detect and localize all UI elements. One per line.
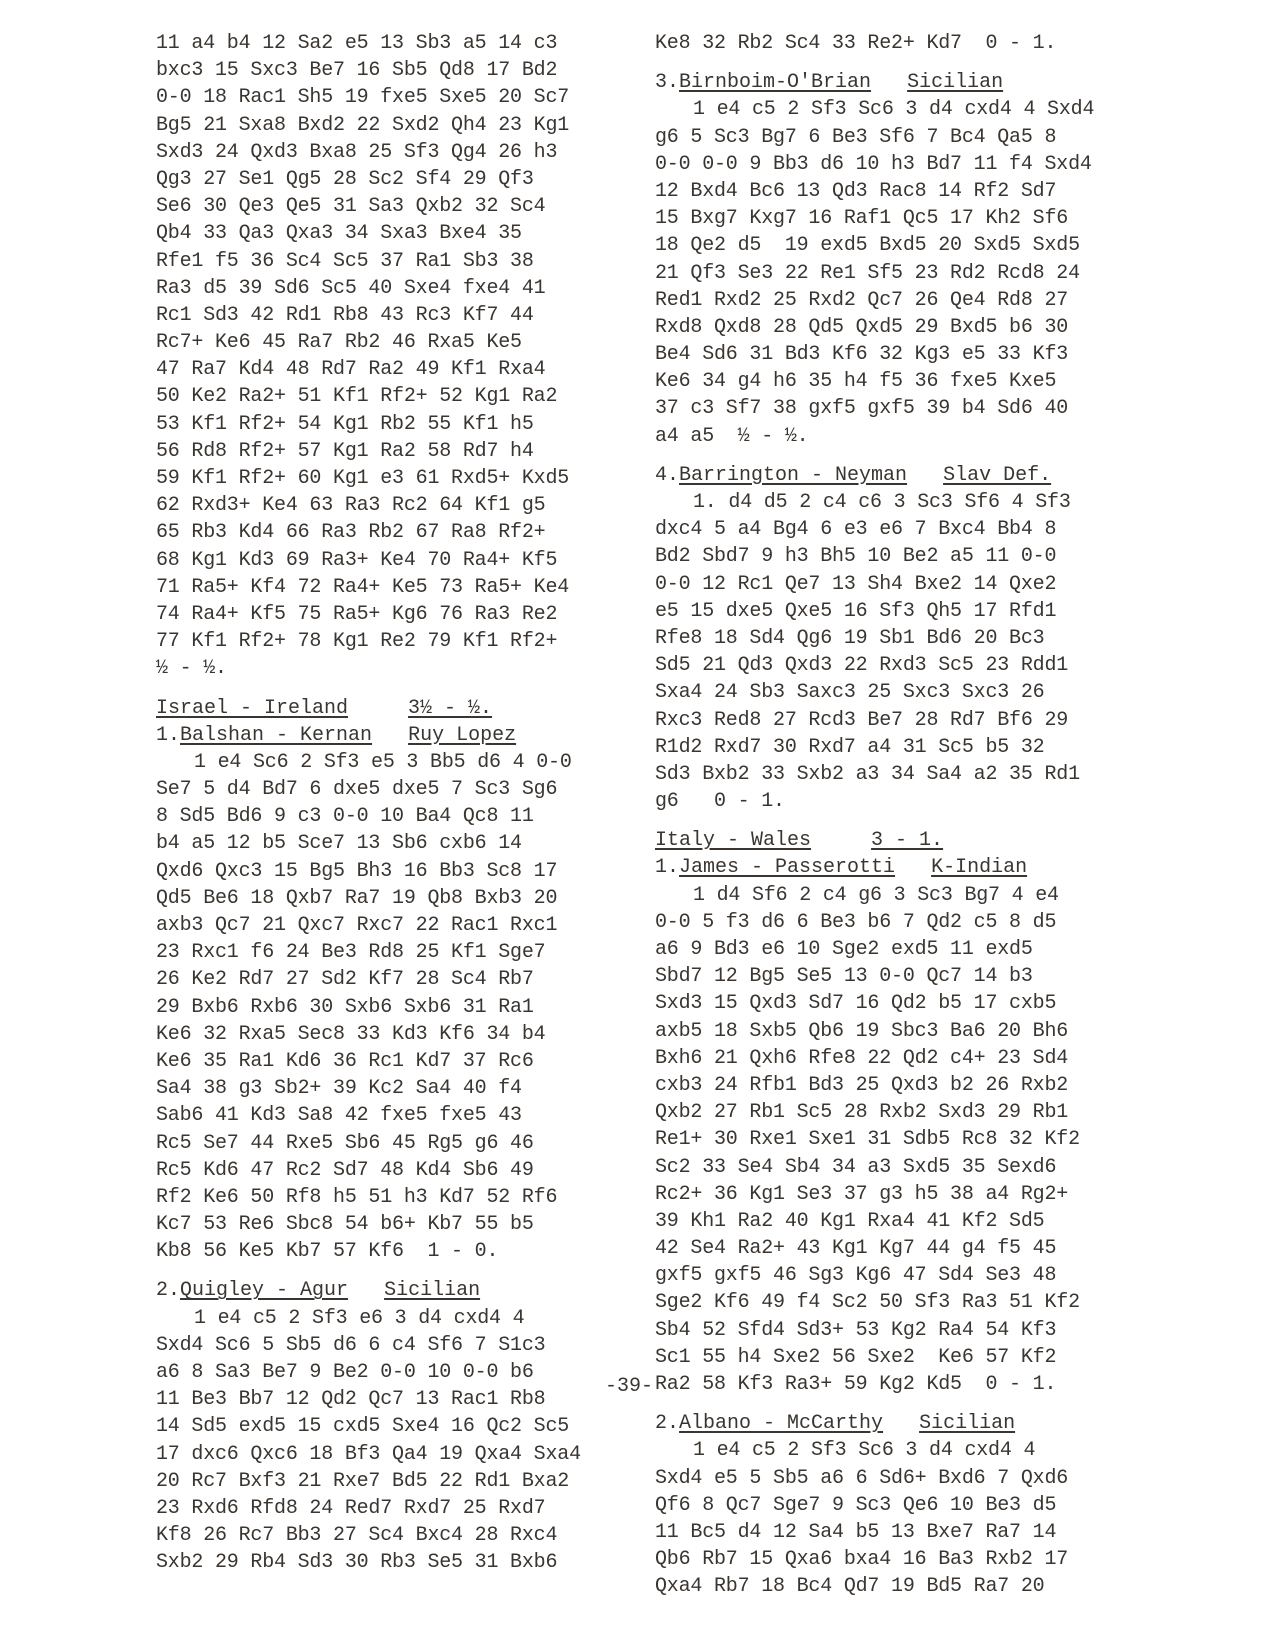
move-line: axb5 18 Sxb5 Qb6 19 Sbc3 Ba6 20 Bh6	[655, 1018, 1130, 1045]
move-line: g6 0 - 1.	[655, 788, 1130, 815]
move-line: cxb3 24 Rfb1 Bd3 25 Qxd3 b2 26 Rxb2	[655, 1072, 1130, 1099]
spacer	[655, 1398, 1130, 1410]
move-line: a4 a5 ½ - ½.	[655, 423, 1130, 450]
move-line: axb3 Qc7 21 Qxc7 Rxc7 22 Rac1 Rxc1	[156, 912, 626, 939]
move-line: Se6 30 Qe3 Qe5 31 Sa3 Qxb2 32 Sc4	[156, 193, 626, 220]
move-line: R1d2 Rxd7 30 Rxd7 a4 31 Sc5 b5 32	[655, 734, 1130, 761]
move-line: b4 a5 12 b5 Sce7 13 Sb6 cxb6 14	[156, 830, 626, 857]
move-line: 12 Bxd4 Bc6 13 Qd3 Rac8 14 Rf2 Sd7	[655, 178, 1130, 205]
move-line: Ke8 32 Rb2 Sc4 33 Re2+ Kd7 0 - 1.	[655, 30, 1130, 57]
game: 1.Balshan - Kernan Ruy Lopez1 e4 Sc6 2 S…	[156, 722, 626, 1266]
move-line: 53 Kf1 Rf2+ 54 Kg1 Rb2 55 Kf1 h5	[156, 411, 626, 438]
game-players: James - Passerotti	[679, 856, 895, 879]
spacer	[655, 57, 1130, 69]
move-line: Qxa4 Rb7 18 Bc4 Qd7 19 Bd5 Ra7 20	[655, 1573, 1130, 1600]
move-line: 0-0 12 Rc1 Qe7 13 Sh4 Bxe2 14 Qxe2	[655, 571, 1130, 598]
move-line: Bd2 Sbd7 9 h3 Bh5 10 Be2 a5 11 0-0	[655, 543, 1130, 570]
move-line: 20 Rc7 Bxf3 21 Rxe7 Bd5 22 Rd1 Bxa2	[156, 1468, 626, 1495]
move-line: Sab6 41 Kd3 Sa8 42 fxe5 fxe5 43	[156, 1102, 626, 1129]
game-number: 1.	[156, 724, 180, 747]
match-score: 3½ - ½.	[408, 697, 492, 720]
move-line: Kf8 26 Rc7 Bb3 27 Sc4 Bxc4 28 Rxc4	[156, 1522, 626, 1549]
move-line: Kb8 56 Ke5 Kb7 57 Kf6 1 - 0.	[156, 1238, 626, 1265]
move-line: Sd3 Bxb2 33 Sxb2 a3 34 Sa4 a2 35 Rd1	[655, 761, 1130, 788]
move-line: 23 Rxd6 Rfd8 24 Red7 Rxd7 25 Rxd7	[156, 1495, 626, 1522]
move-line: 62 Rxd3+ Ke4 63 Ra3 Rc2 64 Kf1 g5	[156, 492, 626, 519]
game-players: Albano - McCarthy	[679, 1412, 883, 1435]
move-line: 1 e4 c5 2 Sf3 e6 3 d4 cxd4 4	[156, 1305, 626, 1332]
move-line: Qg3 27 Se1 Qg5 28 Sc2 Sf4 29 Qf3	[156, 166, 626, 193]
move-line: e5 15 dxe5 Qxe5 16 Sf3 Qh5 17 Rfd1	[655, 598, 1130, 625]
move-line: Red1 Rxd2 25 Rxd2 Qc7 26 Qe4 Rd8 27	[655, 287, 1130, 314]
move-line: 77 Kf1 Rf2+ 78 Kg1 Re2 79 Kf1 Rf2+	[156, 628, 626, 655]
move-line: 11 a4 b4 12 Sa2 e5 13 Sb3 a5 14 c3	[156, 30, 626, 57]
move-line: Rc7+ Ke6 45 Ra7 Rb2 46 Rxa5 Ke5	[156, 329, 626, 356]
move-line: Qxb2 27 Rb1 Sc5 28 Rxb2 Sxd3 29 Rb1	[655, 1099, 1130, 1126]
game-heading: 1.James - Passerotti K-Indian	[655, 854, 1130, 881]
move-line: Rc5 Kd6 47 Rc2 Sd7 48 Kd4 Sb6 49	[156, 1157, 626, 1184]
move-line: Sxd3 24 Qxd3 Bxa8 25 Sf3 Qg4 26 h3	[156, 139, 626, 166]
move-line: 21 Qf3 Se3 22 Re1 Sf5 23 Rd2 Rcd8 24	[655, 260, 1130, 287]
move-line: Rc1 Sd3 42 Rd1 Rb8 43 Rc3 Kf7 44	[156, 302, 626, 329]
game-number: 3.	[655, 71, 679, 94]
move-line: a6 9 Bd3 e6 10 Sge2 exd5 11 exd5	[655, 936, 1130, 963]
game-players: Quigley - Agur	[180, 1279, 348, 1302]
move-line: 42 Se4 Ra2+ 43 Kg1 Kg7 44 g4 f5 45	[655, 1235, 1130, 1262]
move-line: 39 Kh1 Ra2 40 Kg1 Rxa4 41 Kf2 Sd5	[655, 1208, 1130, 1235]
move-line: Sxd4 e5 5 Sb5 a6 6 Sd6+ Bxd6 7 Qxd6	[655, 1465, 1130, 1492]
move-line: Rf2 Ke6 50 Rf8 h5 51 h3 Kd7 52 Rf6	[156, 1184, 626, 1211]
move-line: Bxh6 21 Qxh6 Rfe8 22 Qd2 c4+ 23 Sd4	[655, 1045, 1130, 1072]
move-line: Sxd3 15 Qxd3 Sd7 16 Qd2 b5 17 cxb5	[655, 990, 1130, 1017]
move-line: Rxc3 Red8 27 Rcd3 Be7 28 Rd7 Bf6 29	[655, 707, 1130, 734]
move-line: ½ - ½.	[156, 655, 626, 682]
match-heading: Italy - Wales 3 - 1.	[655, 827, 1130, 854]
move-line: 59 Kf1 Rf2+ 60 Kg1 e3 61 Rxd5+ Kxd5	[156, 465, 626, 492]
game-number: 2.	[655, 1412, 679, 1435]
game: 2.Quigley - Agur Sicilian1 e4 c5 2 Sf3 e…	[156, 1277, 626, 1576]
move-line: 23 Rxc1 f6 24 Be3 Rd8 25 Kf1 Sge7	[156, 939, 626, 966]
game-heading: 2.Quigley - Agur Sicilian	[156, 1277, 626, 1304]
game-opening: Sicilian	[384, 1279, 480, 1302]
game-players: Balshan - Kernan	[180, 724, 372, 747]
move-line: Re1+ 30 Rxe1 Sxe1 31 Sdb5 Rc8 32 Kf2	[655, 1126, 1130, 1153]
move-line: Qxd6 Qxc3 15 Bg5 Bh3 16 Bb3 Sc8 17	[156, 858, 626, 885]
move-line: Rc5 Se7 44 Rxe5 Sb6 45 Rg5 g6 46	[156, 1130, 626, 1157]
move-line: 71 Ra5+ Kf4 72 Ra4+ Ke5 73 Ra5+ Ke4	[156, 574, 626, 601]
game: 3.Birnboim-O'Brian Sicilian1 e4 c5 2 Sf3…	[655, 69, 1130, 450]
move-line: 65 Rb3 Kd4 66 Ra3 Rb2 67 Ra8 Rf2+	[156, 519, 626, 546]
left-column: 11 a4 b4 12 Sa2 e5 13 Sb3 a5 14 c3bxc3 1…	[156, 30, 626, 1577]
move-line: Ra3 d5 39 Sd6 Sc5 40 Sxe4 fxe4 41	[156, 275, 626, 302]
move-line: 26 Ke2 Rd7 27 Sd2 Kf7 28 Sc4 Rb7	[156, 966, 626, 993]
move-line: Sd5 21 Qd3 Qxd3 22 Rxd3 Sc5 23 Rdd1	[655, 652, 1130, 679]
move-line: Rfe8 18 Sd4 Qg6 19 Sb1 Bd6 20 Bc3	[655, 625, 1130, 652]
game: 4.Barrington - Neyman Slav Def.1. d4 d5 …	[655, 462, 1130, 815]
move-line: Sb4 52 Sfd4 Sd3+ 53 Kg2 Ra4 54 Kf3	[655, 1317, 1130, 1344]
match-title: Italy - Wales	[655, 829, 811, 852]
move-line: Ra2 58 Kf3 Ra3+ 59 Kg2 Kd5 0 - 1.	[655, 1371, 1130, 1398]
move-line: 1 e4 c5 2 Sf3 Sc6 3 d4 cxd4 4	[655, 1437, 1130, 1464]
move-line: Sge2 Kf6 49 f4 Sc2 50 Sf3 Ra3 51 Kf2	[655, 1289, 1130, 1316]
move-line: 11 Be3 Bb7 12 Qd2 Qc7 13 Rac1 Rb8	[156, 1386, 626, 1413]
game-number: 4.	[655, 464, 679, 487]
match-score: 3 - 1.	[871, 829, 943, 852]
move-line: 68 Kg1 Kd3 69 Ra3+ Ke4 70 Ra4+ Kf5	[156, 547, 626, 574]
game-opening: Sicilian	[907, 71, 1003, 94]
move-line: Qf6 8 Qc7 Sge7 9 Sc3 Qe6 10 Be3 d5	[655, 1492, 1130, 1519]
move-line: dxc4 5 a4 Bg4 6 e3 e6 7 Bxc4 Bb4 8	[655, 516, 1130, 543]
move-line: Rfe1 f5 36 Sc4 Sc5 37 Ra1 Sb3 38	[156, 248, 626, 275]
game: 1.James - Passerotti K-Indian1 d4 Sf6 2 …	[655, 854, 1130, 1398]
move-line: 56 Rd8 Rf2+ 57 Kg1 Ra2 58 Rd7 h4	[156, 438, 626, 465]
move-line: Sxb2 29 Rb4 Sd3 30 Rb3 Se5 31 Bxb6	[156, 1549, 626, 1576]
game-players: Barrington - Neyman	[679, 464, 907, 487]
move-line: 15 Bxg7 Kxg7 16 Raf1 Qc5 17 Kh2 Sf6	[655, 205, 1130, 232]
spacer	[156, 1265, 626, 1277]
move-line: 17 dxc6 Qxc6 18 Bf3 Qa4 19 Qxa4 Sxa4	[156, 1441, 626, 1468]
move-line: Ke6 35 Ra1 Kd6 36 Rc1 Kd7 37 Rc6	[156, 1048, 626, 1075]
move-line: Qd5 Be6 18 Qxb7 Ra7 19 Qb8 Bxb3 20	[156, 885, 626, 912]
move-line: 74 Ra4+ Kf5 75 Ra5+ Kg6 76 Ra3 Re2	[156, 601, 626, 628]
game-number: 1.	[655, 856, 679, 879]
move-line: 14 Sd5 exd5 15 cxd5 Sxe4 16 Qc2 Sc5	[156, 1413, 626, 1440]
move-line: Rxd8 Qxd8 28 Qd5 Qxd5 29 Bxd5 b6 30	[655, 314, 1130, 341]
move-line: Rc2+ 36 Kg1 Se3 37 g3 h5 38 a4 Rg2+	[655, 1181, 1130, 1208]
move-line: 1 d4 Sf6 2 c4 g6 3 Sc3 Bg7 4 e4	[655, 882, 1130, 909]
move-line: gxf5 gxf5 46 Sg3 Kg6 47 Sd4 Se3 48	[655, 1262, 1130, 1289]
move-line: Ke6 32 Rxa5 Sec8 33 Kd3 Kf6 34 b4	[156, 1021, 626, 1048]
game: 2.Albano - McCarthy Sicilian1 e4 c5 2 Sf…	[655, 1410, 1130, 1600]
game-heading: 3.Birnboim-O'Brian Sicilian	[655, 69, 1130, 96]
game-opening: K-Indian	[931, 856, 1027, 879]
move-line: 37 c3 Sf7 38 gxf5 gxf5 39 b4 Sd6 40	[655, 395, 1130, 422]
game-opening: Ruy Lopez	[408, 724, 516, 747]
move-line: 1. d4 d5 2 c4 c6 3 Sc3 Sf6 4 Sf3	[655, 489, 1130, 516]
move-line: Bg5 21 Sxa8 Bxd2 22 Sxd2 Qh4 23 Kg1	[156, 112, 626, 139]
game-heading: 4.Barrington - Neyman Slav Def.	[655, 462, 1130, 489]
move-line: Sa4 38 g3 Sb2+ 39 Kc2 Sa4 40 f4	[156, 1075, 626, 1102]
match-title: Israel - Ireland	[156, 697, 348, 720]
move-line: 0-0 5 f3 d6 6 Be3 b6 7 Qd2 c5 8 d5	[655, 909, 1130, 936]
move-line: Sbd7 12 Bg5 Se5 13 0-0 Qc7 14 b3	[655, 963, 1130, 990]
match-heading: Israel - Ireland 3½ - ½.	[156, 695, 626, 722]
move-line: a6 8 Sa3 Be7 9 Be2 0-0 10 0-0 b6	[156, 1359, 626, 1386]
spacer	[156, 683, 626, 695]
move-line: Se7 5 d4 Bd7 6 dxe5 dxe5 7 Sc3 Sg6	[156, 776, 626, 803]
move-line: Sc1 55 h4 Sxe2 56 Sxe2 Ke6 57 Kf2	[655, 1344, 1130, 1371]
move-line: Qb6 Rb7 15 Qxa6 bxa4 16 Ba3 Rxb2 17	[655, 1546, 1130, 1573]
move-line: Be4 Sd6 31 Bd3 Kf6 32 Kg3 e5 33 Kf3	[655, 341, 1130, 368]
spacer	[655, 815, 1130, 827]
move-line: 29 Bxb6 Rxb6 30 Sxb6 Sxb6 31 Ra1	[156, 994, 626, 1021]
move-line: 47 Ra7 Kd4 48 Rd7 Ra2 49 Kf1 Rxa4	[156, 356, 626, 383]
move-line: 8 Sd5 Bd6 9 c3 0-0 10 Ba4 Qc8 11	[156, 803, 626, 830]
move-line: 0-0 18 Rac1 Sh5 19 fxe5 Sxe5 20 Sc7	[156, 84, 626, 111]
spacer	[655, 450, 1130, 462]
move-line: Ke6 34 g4 h6 35 h4 f5 36 fxe5 Kxe5	[655, 368, 1130, 395]
move-line: 1 e4 c5 2 Sf3 Sc6 3 d4 cxd4 4 Sxd4	[655, 96, 1130, 123]
move-line: Kc7 53 Re6 Sbc8 54 b6+ Kb7 55 b5	[156, 1211, 626, 1238]
move-line: 0-0 0-0 9 Bb3 d6 10 h3 Bd7 11 f4 Sxd4	[655, 151, 1130, 178]
game-opening: Slav Def.	[943, 464, 1051, 487]
game-heading: 2.Albano - McCarthy Sicilian	[655, 1410, 1130, 1437]
game-opening: Sicilian	[919, 1412, 1015, 1435]
game-number: 2.	[156, 1279, 180, 1302]
move-line: Sxd4 Sc6 5 Sb5 d6 6 c4 Sf6 7 S1c3	[156, 1332, 626, 1359]
move-line: g6 5 Sc3 Bg7 6 Be3 Sf6 7 Bc4 Qa5 8	[655, 124, 1130, 151]
move-line: 18 Qe2 d5 19 exd5 Bxd5 20 Sxd5 Sxd5	[655, 232, 1130, 259]
move-line: 50 Ke2 Ra2+ 51 Kf1 Rf2+ 52 Kg1 Ra2	[156, 383, 626, 410]
move-line: Sxa4 24 Sb3 Saxc3 25 Sxc3 Sxc3 26	[655, 679, 1130, 706]
game-players: Birnboim-O'Brian	[679, 71, 871, 94]
move-line: Sc2 33 Se4 Sb4 34 a3 Sxd5 35 Sexd6	[655, 1154, 1130, 1181]
move-line: 1 e4 Sc6 2 Sf3 e5 3 Bb5 d6 4 0-0	[156, 749, 626, 776]
move-line: Qb4 33 Qa3 Qxa3 34 Sxa3 Bxe4 35	[156, 220, 626, 247]
move-line: 11 Bc5 d4 12 Sa4 b5 13 Bxe7 Ra7 14	[655, 1519, 1130, 1546]
move-line: bxc3 15 Sxc3 Be7 16 Sb5 Qd8 17 Bd2	[156, 57, 626, 84]
right-column: Ke8 32 Rb2 Sc4 33 Re2+ Kd7 0 - 1.3.Birnb…	[655, 30, 1130, 1601]
game-heading: 1.Balshan - Kernan Ruy Lopez	[156, 722, 626, 749]
page-number: -39-	[605, 1375, 653, 1398]
